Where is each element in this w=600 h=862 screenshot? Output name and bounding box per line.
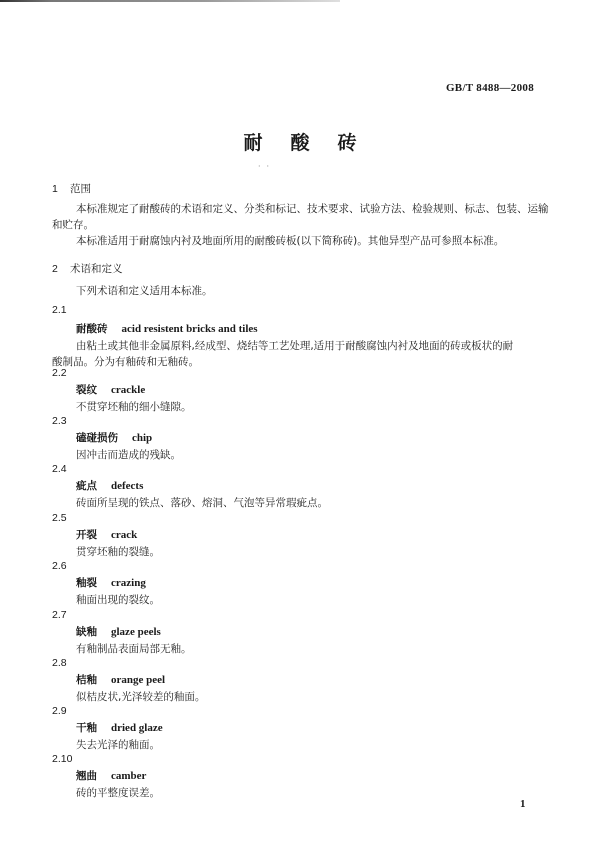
term-definition: 砖面所呈现的铁点、落砂、熔洞、气泡等异常瑕疵点。 [76,496,328,510]
scope-paragraph-1: 本标准规定了耐酸砖的术语和定义、分类和标记、技术要求、试验方法、检验规则、标志、… [76,202,549,216]
term-number: 2.3 [52,414,67,428]
term-zh: 釉裂 [76,577,97,589]
term-heading: 耐酸砖acid resistent bricks and tiles [76,322,258,336]
term-definition: 因冲击而造成的残缺。 [76,448,181,462]
term-number: 2.8 [52,656,67,670]
term-heading: 裂纹crackle [76,383,145,397]
term-en: crack [111,529,137,541]
term-definition: 似桔皮状,光泽较差的釉面。 [76,690,205,704]
term-definition: 由粘土或其他非金属原料,经成型、烧结等工艺处理,适用于耐酸腐蚀内衬及地面的砖或板… [76,339,513,353]
scan-dots: ·· [258,162,275,171]
term-en: orange peel [111,674,165,686]
term-en: dried glaze [111,722,163,734]
term-number: 2.6 [52,559,67,573]
term-zh: 磕碰损伤 [76,432,118,444]
term-heading: 缺釉glaze peels [76,625,161,639]
term-heading: 疵点defects [76,479,143,493]
term-en: camber [111,770,146,782]
term-zh: 桔釉 [76,674,97,686]
term-number: 2.7 [52,608,67,622]
term-definition: 釉面出现的裂纹。 [76,593,160,607]
term-zh: 翘曲 [76,770,97,782]
term-definition: 贯穿坯釉的裂缝。 [76,545,160,559]
scan-edge-artifact [0,0,340,2]
section-2-number: 2 [52,262,58,276]
term-en: crackle [111,384,145,396]
section-1-title: 范围 [70,182,91,196]
term-zh: 开裂 [76,529,97,541]
section-2-title: 术语和定义 [70,262,123,276]
term-zh: 干釉 [76,722,97,734]
term-zh: 裂纹 [76,384,97,396]
term-definition: 不贯穿坯釉的细小缝隙。 [76,400,192,414]
term-number: 2.10 [52,752,72,766]
term-heading: 开裂crack [76,528,137,542]
term-en: glaze peels [111,626,161,638]
scope-paragraph-1-cont: 和贮存。 [52,218,94,232]
term-number: 2.5 [52,511,67,525]
term-heading: 磕碰损伤chip [76,431,152,445]
term-definition: 失去光泽的釉面。 [76,738,160,752]
term-zh: 缺釉 [76,626,97,638]
term-heading: 釉裂crazing [76,576,146,590]
term-number: 2.1 [52,303,67,317]
term-heading: 干釉dried glaze [76,721,163,735]
term-en: defects [111,480,143,492]
scope-paragraph-2: 本标准适用于耐腐蚀内衬及地面所用的耐酸砖板(以下简称砖)。其他异型产品可参照本标… [76,234,504,248]
term-number: 2.4 [52,462,67,476]
term-number: 2.2 [52,366,67,380]
document-title: 耐酸砖 [0,128,600,155]
term-en: acid resistent bricks and tiles [122,323,258,335]
standard-code: GB/T 8488—2008 [446,82,534,94]
section-1-number: 1 [52,182,58,196]
page-number: 1 [520,798,526,810]
term-en: crazing [111,577,146,589]
term-definition: 有釉制品表面局部无釉。 [76,642,192,656]
term-en: chip [132,432,152,444]
term-number: 2.9 [52,704,67,718]
term-definition-cont: 酸制品。分为有釉砖和无釉砖。 [52,355,199,369]
term-heading: 翘曲camber [76,769,146,783]
term-definition: 砖的平整度误差。 [76,786,160,800]
term-heading: 桔釉orange peel [76,673,165,687]
terms-intro: 下列术语和定义适用本标准。 [76,284,213,298]
term-zh: 耐酸砖 [76,323,108,335]
term-zh: 疵点 [76,480,97,492]
